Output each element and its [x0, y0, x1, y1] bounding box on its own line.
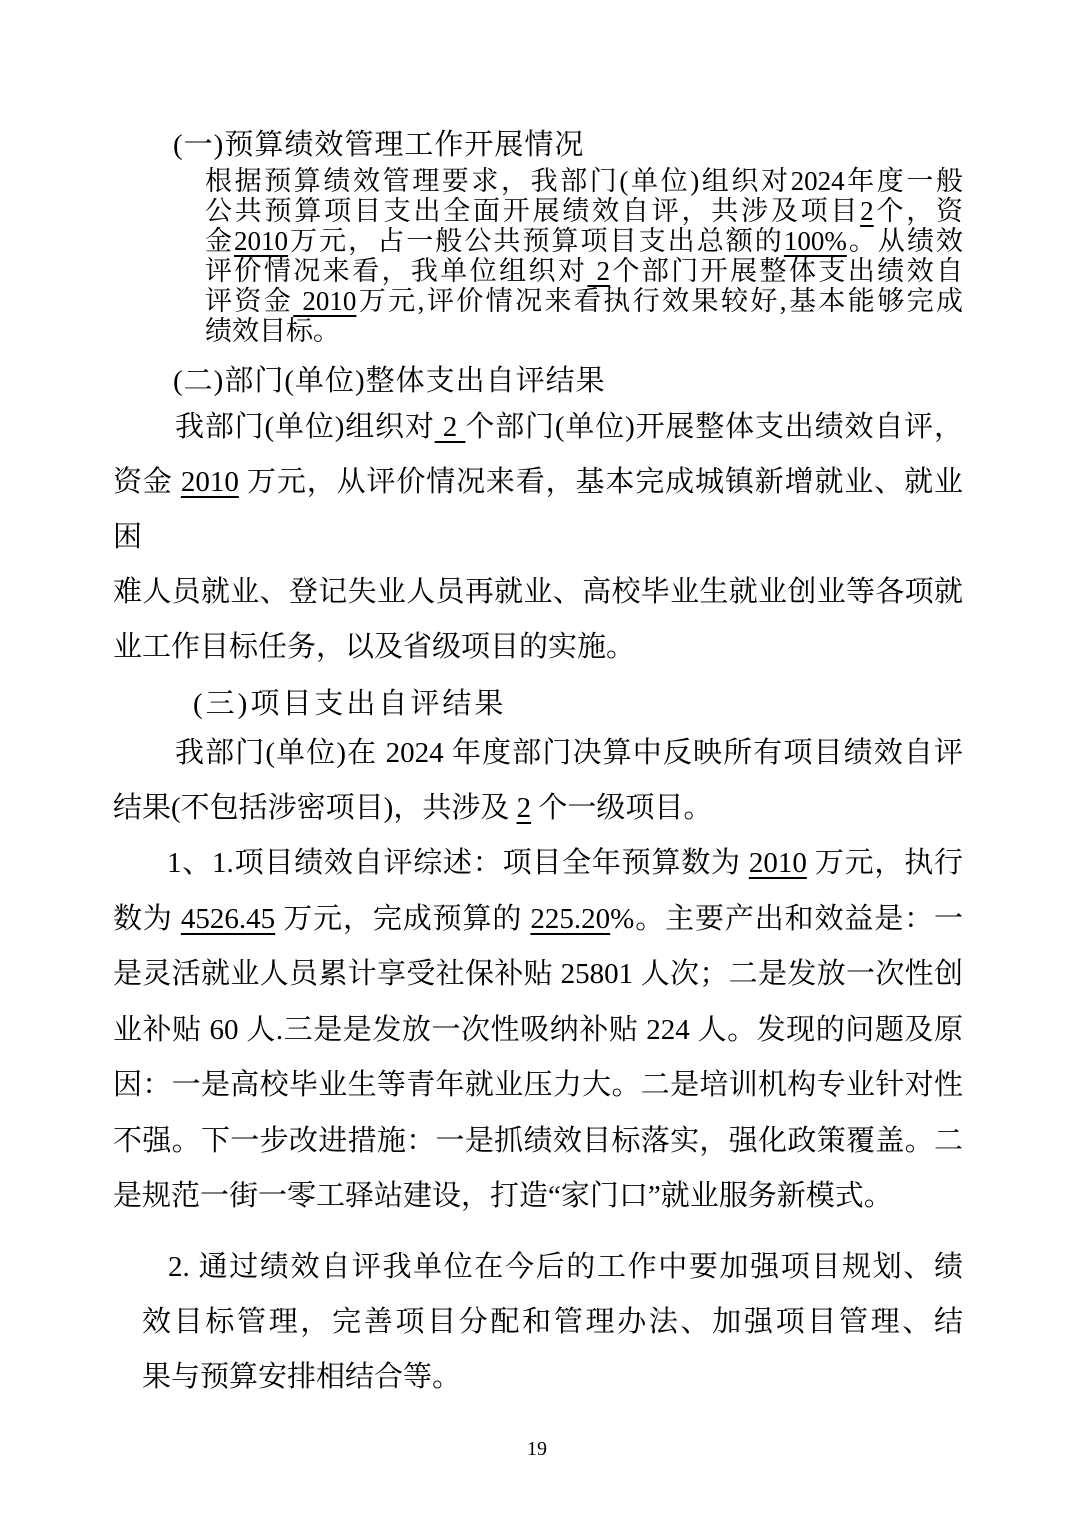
text-run: 我部门(单位)在 2024 年度部门决算中反映所有项目绩效自评 [175, 737, 963, 769]
page-number: 19 [0, 1438, 1074, 1461]
document-body: (一)预算绩效管理工作开展情况根据预算绩效管理要求，我部门(单位)组织对2024… [113, 128, 963, 1405]
text-run: (二)部门(单位)整体支出自评结果 [173, 365, 606, 397]
underlined-value: 2 [860, 196, 874, 226]
text-line: 业补贴 60 人.三是是发放一次性吸纳补贴 224 人。发现的问题及原 [113, 1003, 963, 1059]
text-line: 结果(不包括涉密项目)，共涉及 2 个一级项目。 [113, 781, 963, 836]
text-line: 资金 2010 万元，从评价情况来看，基本完成城镇新增就业、就业困 [113, 455, 963, 565]
text-line: 评资金 2010万元,评价情况来看执行效果较好,基本能够完成 [205, 286, 963, 316]
text-line: 金2010万元，占一般公共预算项目支出总额的100%。从绩效 [205, 226, 963, 256]
section-3-heading: (三)项目支出自评结果 [193, 687, 963, 721]
text-run: 结果(不包括涉密项目)，共涉及 [113, 792, 517, 824]
text-line: 根据预算绩效管理要求，我部门(单位)组织对2024年度一般 [205, 166, 963, 196]
text-line: 是灵活就业人员累计享受社保补贴 25801 人次；二是发放一次性创 [113, 947, 963, 1003]
text-run: 。从绩效 [847, 226, 963, 256]
text-line: 是规范一街一零工驿站建设，打造“家门口”就业服务新模式。 [113, 1169, 963, 1225]
underlined-value: 4526.45 [181, 903, 275, 935]
text-run: 金 [205, 226, 234, 256]
text-line: 业工作目标任务，以及省级项目的实施。 [113, 620, 963, 675]
text-run: 因：一是高校毕业生等青年就业压力大。二是培训机构专业针对性 [113, 1069, 963, 1101]
underlined-value: 2010 [293, 286, 356, 316]
text-run: 万元，占一般公共预算项目支出总额的 [288, 226, 784, 256]
underlined-value: 2 [587, 256, 610, 286]
text-run: 资金 [113, 466, 181, 498]
underlined-value: 2010 [234, 226, 288, 256]
section-2-paragraph: 我部门(单位)组织对 2 个部门(单位)开展整体支出绩效自评，资金 2010 万… [113, 400, 963, 675]
text-run: 个部门(单位)开展整体支出绩效自评， [465, 411, 963, 443]
text-run: 根据预算绩效管理要求，我部门(单位)组织对2024年度一般 [205, 166, 963, 196]
text-line: 1、1.项目绩效自评综述：项目全年预算数为 2010 万元，执行 [113, 836, 963, 892]
text-line: 不强。下一步改进措施：一是抓绩效目标落实，强化政策覆盖。二 [113, 1114, 963, 1170]
text-line: 数为 4526.45 万元，完成预算的 225.20%。主要产出和效益是：一 [113, 892, 963, 948]
text-run: 不强。下一步改进措施：一是抓绩效目标落实，强化政策覆盖。二 [113, 1125, 963, 1157]
text-run: 是灵活就业人员累计享受社保补贴 25801 人次；二是发放一次性创 [113, 958, 963, 990]
text-run: 公共预算项目支出全面开展绩效自评，共涉及项目 [205, 196, 860, 226]
text-run: 个部门开展整体支出绩效自 [610, 256, 963, 286]
text-run: 个，资 [874, 196, 963, 226]
text-run: 2. 通过绩效自评我单位在今后的工作中要加强项目规划、绩 [168, 1251, 963, 1283]
text-run: 难人员就业、登记失业人员再就业、高校毕业生就业创业等各项就 [113, 576, 963, 608]
underlined-value: 2010 [181, 466, 239, 498]
text-line: 评价情况来看，我单位组织对 2个部门开展整体支出绩效自 [205, 256, 963, 286]
section-2-heading: (二)部门(单位)整体支出自评结果 [173, 364, 963, 398]
text-run: 万元，完成预算的 [275, 903, 530, 935]
text-line: 我部门(单位)组织对 2 个部门(单位)开展整体支出绩效自评， [113, 400, 963, 455]
text-run: 业补贴 60 人.三是是发放一次性吸纳补贴 224 人。发现的问题及原 [113, 1014, 963, 1046]
text-line: 绩效目标。 [205, 316, 963, 346]
text-line: 公共预算项目支出全面开展绩效自评，共涉及项目2个，资 [205, 196, 963, 226]
project-self-evaluation-paragraph: 1、1.项目绩效自评综述：项目全年预算数为 2010 万元，执行数为 4526.… [113, 836, 963, 1225]
text-run: 我部门(单位)组织对 [175, 411, 435, 443]
underlined-value: 2 [435, 411, 466, 443]
text-run: 1、1.项目绩效自评综述：项目全年预算数为 [167, 847, 749, 879]
document-page: (一)预算绩效管理工作开展情况根据预算绩效管理要求，我部门(单位)组织对2024… [0, 0, 1074, 1520]
text-line: 2. 通过绩效自评我单位在今后的工作中要加强项目规划、绩 [142, 1240, 963, 1295]
text-run: 效目标管理，完善项目分配和管理办法、加强项目管理、结 [142, 1306, 963, 1338]
underlined-value: 225.20 [530, 903, 610, 935]
text-run: 果与预算安排相结合等。 [142, 1361, 461, 1393]
text-line: 因：一是高校毕业生等青年就业压力大。二是培训机构专业针对性 [113, 1058, 963, 1114]
text-run: 个一级项目。 [531, 792, 712, 824]
underlined-value: 100% [784, 226, 847, 256]
section-1-heading: (一)预算绩效管理工作开展情况 [173, 128, 963, 162]
text-run: 万元，从评价情况来看，基本完成城镇新增就业、就业困 [113, 466, 963, 553]
text-run: 万元，执行 [807, 847, 963, 879]
text-run: (三)项目支出自评结果 [193, 688, 506, 720]
text-line: 我部门(单位)在 2024 年度部门决算中反映所有项目绩效自评 [113, 726, 963, 781]
section-1-paragraph: 根据预算绩效管理要求，我部门(单位)组织对2024年度一般公共预算项目支出全面开… [205, 166, 963, 346]
text-run: (一)预算绩效管理工作开展情况 [173, 129, 584, 161]
underlined-value: 2 [517, 792, 532, 824]
text-run: %。主要产出和效益是：一 [610, 903, 963, 935]
text-line: 效目标管理，完善项目分配和管理办法、加强项目管理、结 [142, 1295, 963, 1350]
underlined-value: 2010 [749, 847, 807, 879]
text-run: 业工作目标任务，以及省级项目的实施。 [113, 631, 635, 663]
text-run: 评价情况来看，我单位组织对 [205, 256, 587, 286]
text-run: 是规范一街一零工驿站建设，打造“家门口”就业服务新模式。 [113, 1180, 893, 1212]
text-run: 数为 [113, 903, 181, 935]
text-line: 果与预算安排相结合等。 [142, 1350, 963, 1405]
section-3-paragraph: 我部门(单位)在 2024 年度部门决算中反映所有项目绩效自评结果(不包括涉密项… [113, 726, 963, 836]
text-run: 万元,评价情况来看执行效果较好,基本能够完成 [356, 286, 963, 316]
text-run: 评资金 [205, 286, 293, 316]
text-run: 绩效目标。 [205, 316, 340, 346]
text-line: 难人员就业、登记失业人员再就业、高校毕业生就业创业等各项就 [113, 565, 963, 620]
conclusion-paragraph: 2. 通过绩效自评我单位在今后的工作中要加强项目规划、绩效目标管理，完善项目分配… [142, 1240, 963, 1405]
